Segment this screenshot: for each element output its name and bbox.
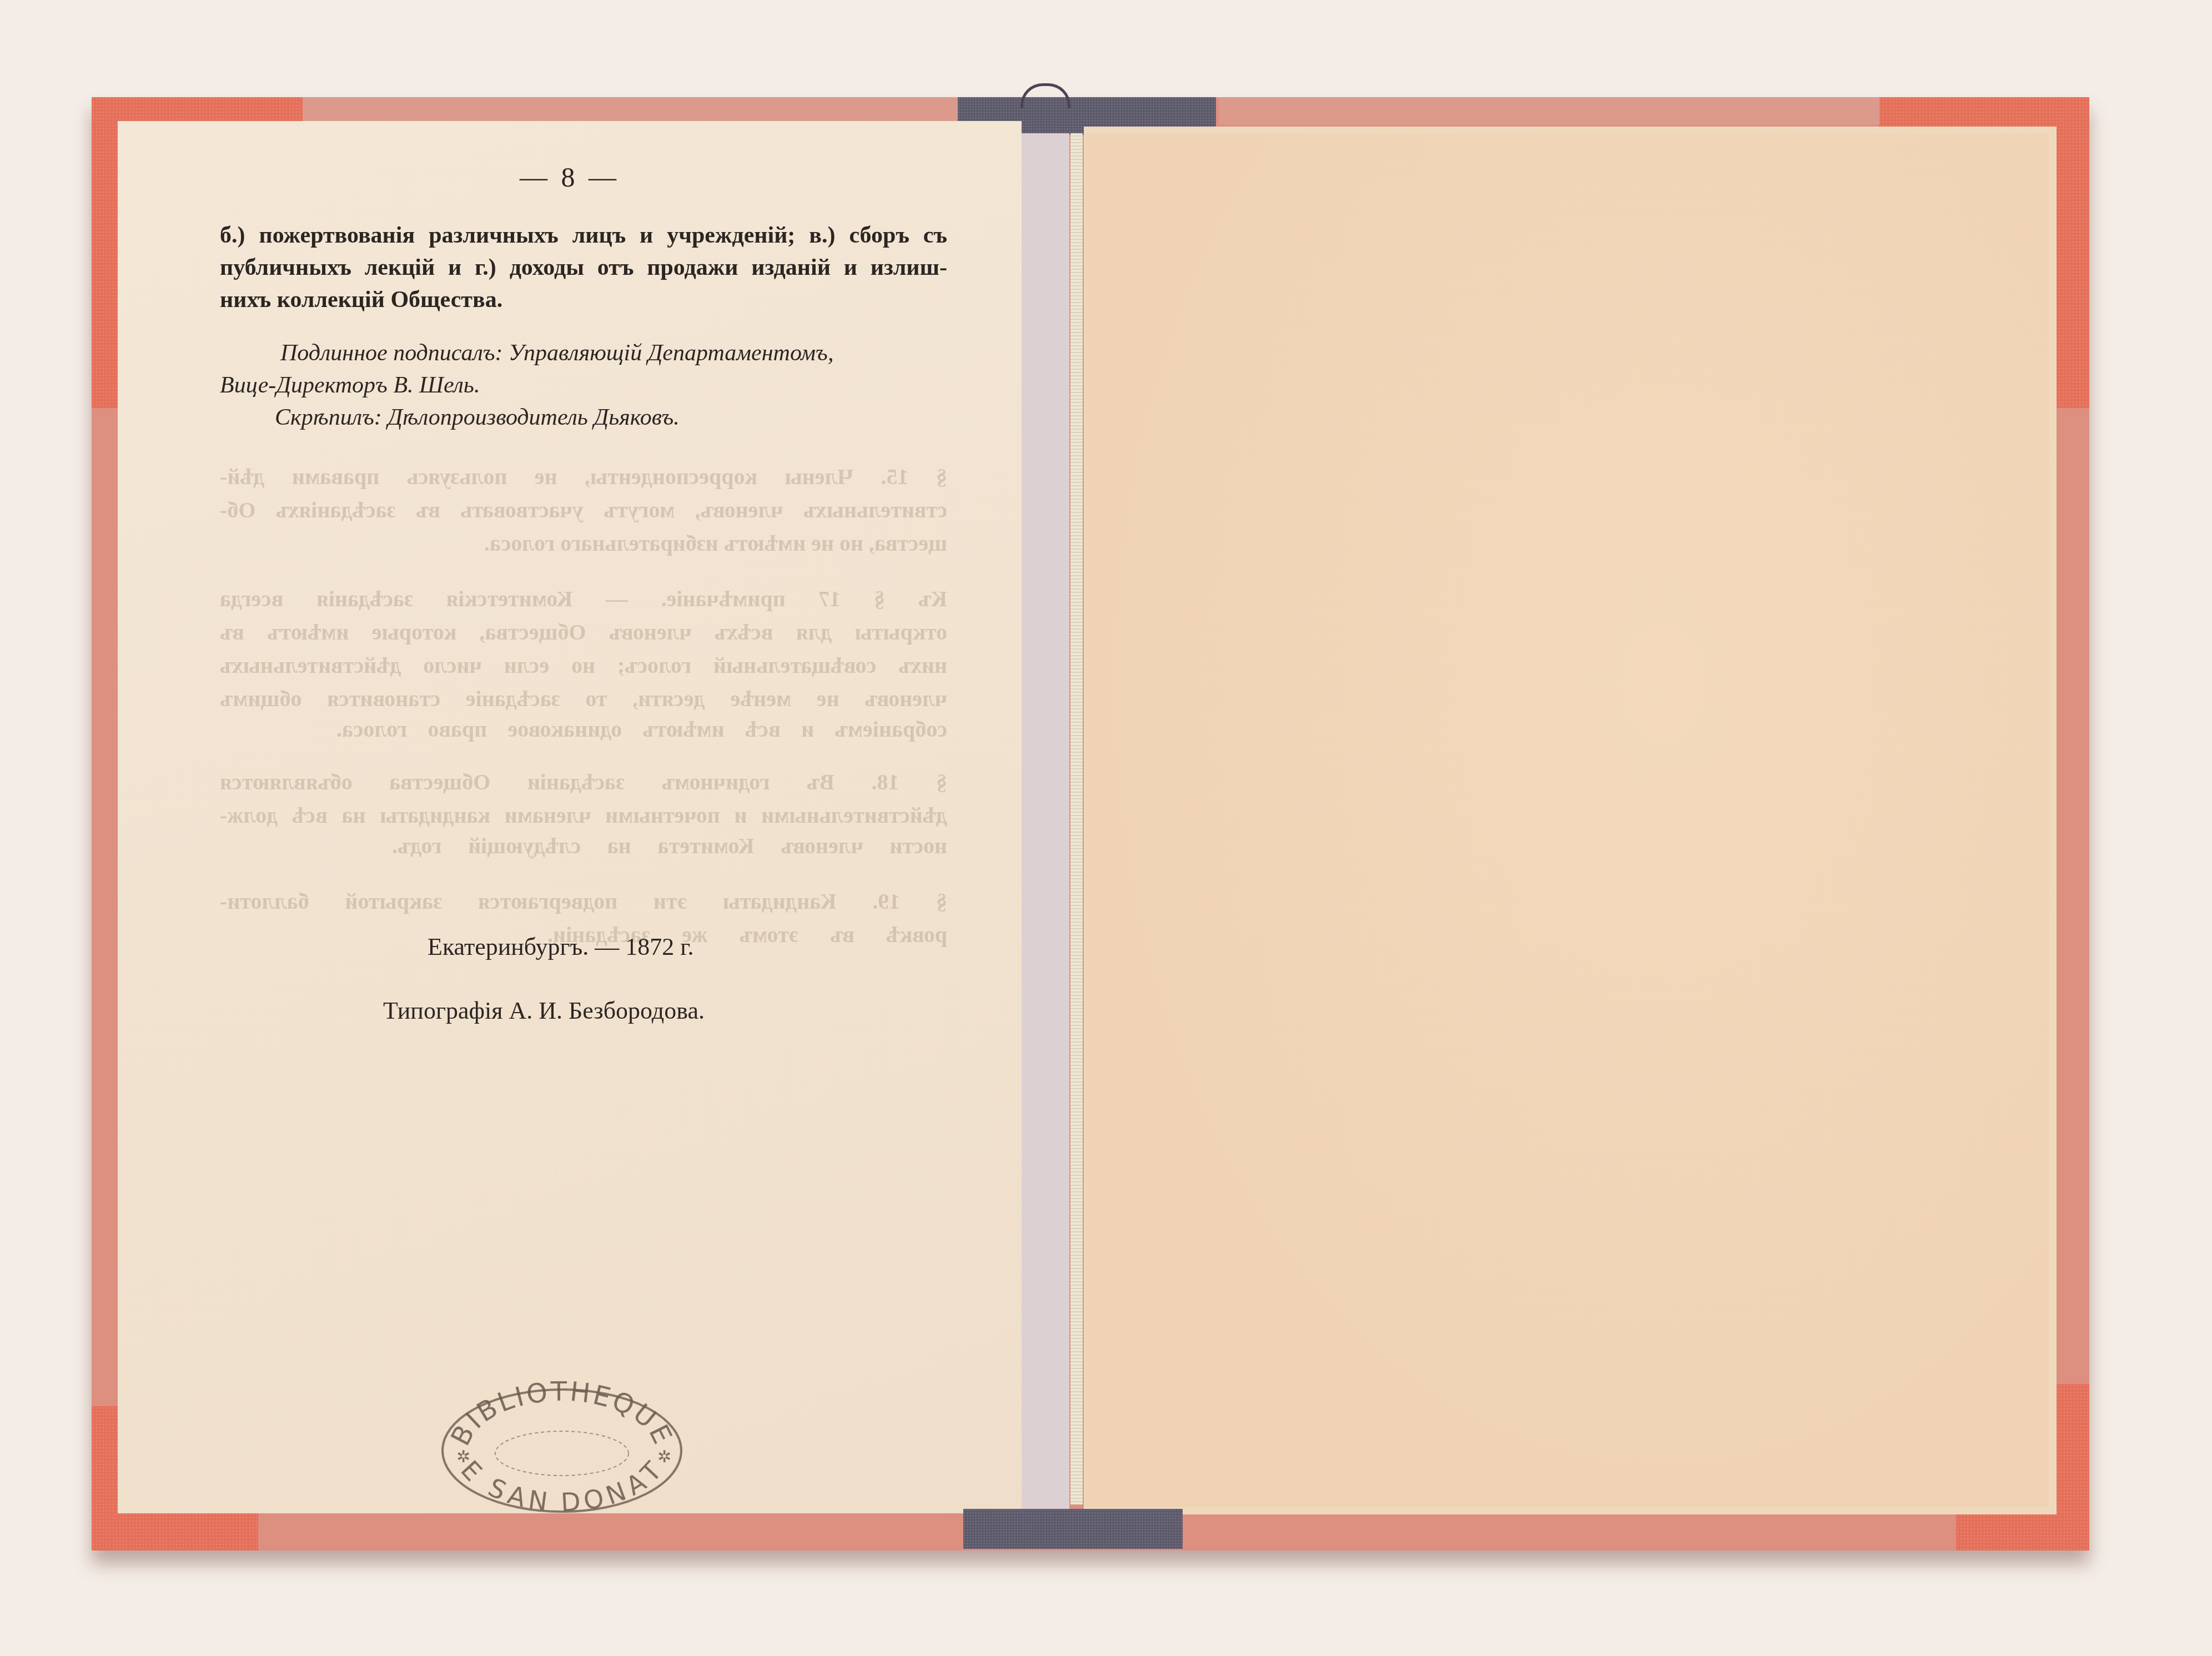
show-through-line: собраніемъ и всѣ имѣютъ одинаковое право… — [336, 716, 947, 742]
spine-endpaper — [1020, 133, 1069, 1511]
signature-line: Скрѣпилъ: Дѣлопроизводитель Дьяковъ. — [275, 404, 680, 431]
show-through-line: открыты для всѣхъ членовъ Общества, кото… — [220, 619, 947, 645]
body-text-line: б.) пожертвованія различныхъ лицъ и учре… — [220, 222, 947, 249]
show-through-line: § 15. Члены корреспонденты, не пользуясь… — [220, 464, 947, 490]
imprint-place-year: Екатеринбургъ. — 1872 г. — [428, 933, 693, 961]
imprint-printer: Типографія А. И. Безбородова. — [383, 996, 705, 1025]
right-page-blank — [1085, 133, 2049, 1507]
body-text-line: нихъ коллекцій Общества. — [220, 286, 947, 313]
cover-paper-edge — [1219, 97, 1879, 125]
signature-line: Вице-Директоръ В. Шель. — [220, 372, 480, 399]
body-text-line: публичныхъ лекцій и г.) доходы отъ прода… — [220, 254, 947, 281]
show-through-line: Къ § 17 примѣчаніе. — Комитетскія засѣда… — [220, 586, 947, 612]
signature-line: Подлинное подписалъ: Управляющій Департа… — [280, 340, 833, 366]
spine-tape-bottom — [963, 1509, 1183, 1549]
svg-text:✲: ✲ — [456, 1447, 470, 1467]
show-through-line: § 19. Кандидаты эти подвергаются закрыто… — [220, 888, 947, 914]
library-stamp: BIBLIOTHEQUE DE SAN DONATO ✲ ✲ — [434, 1381, 690, 1514]
show-through-line: нихъ совѣщательный голосъ; но если число… — [220, 652, 947, 678]
svg-text:✲: ✲ — [657, 1447, 671, 1467]
show-through-line: членовъ не менѣе десяти, то засѣданіе ст… — [220, 686, 947, 712]
thread-loop — [1020, 83, 1070, 108]
spine-cord — [1070, 133, 1083, 1504]
show-through-line: ности членовъ Комитета на слѣдующій годъ… — [392, 833, 947, 859]
show-through-line: § 18. Въ годичномъ засѣданіи Общества об… — [220, 769, 947, 795]
show-through-line: ствительныхъ членовъ, могутъ участвовать… — [220, 497, 947, 523]
show-through-line: дѣйствительными и почетными членами канд… — [220, 802, 947, 828]
svg-text:BIBLIOTHEQUE: BIBLIOTHEQUE — [445, 1381, 678, 1451]
show-through-line: щества, но не имѣютъ избирательнаго голо… — [492, 530, 947, 556]
page-number: — 8 — — [118, 161, 1022, 193]
